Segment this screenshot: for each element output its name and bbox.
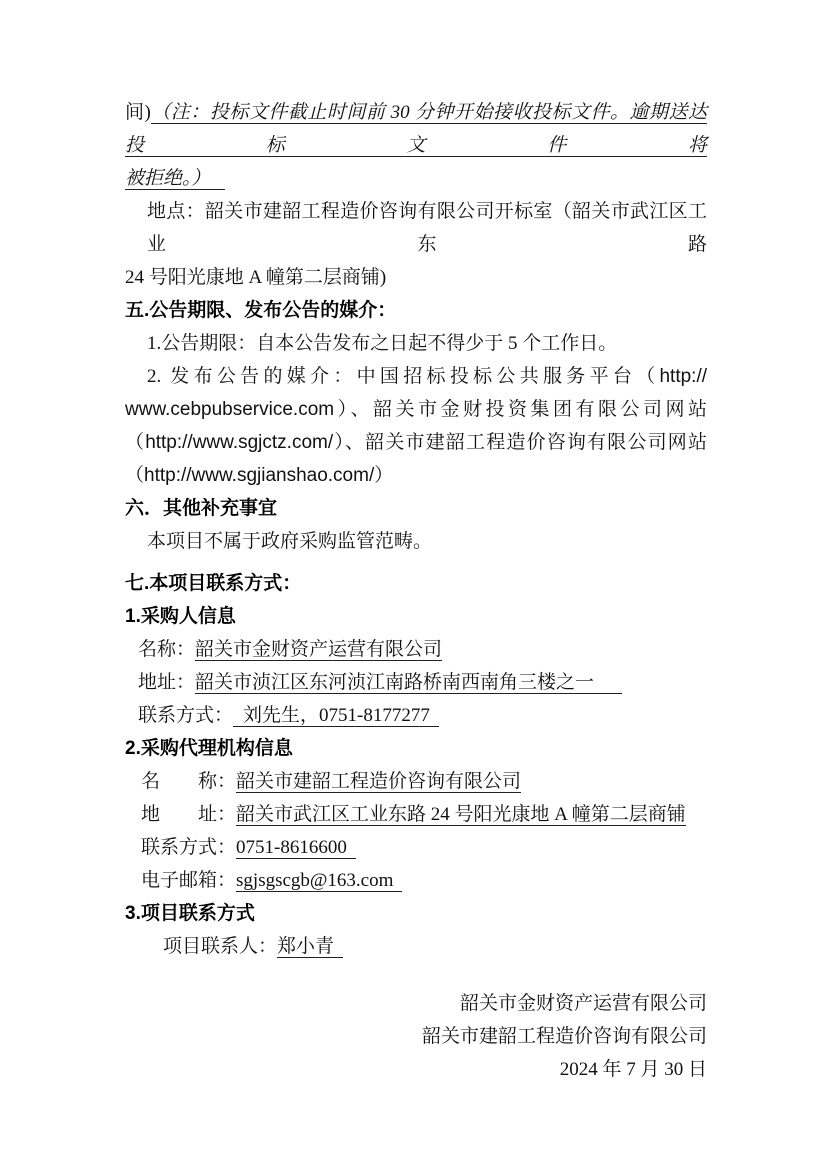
section5-item2-line2: www.cebpubservice.com）、韶关市金财投资集团有限公司网站 [125, 393, 707, 426]
agency-address-label: 地 址： [141, 804, 236, 825]
deadline-note-text-cont: 被拒绝。） [125, 168, 225, 190]
agency-contact-label: 联系方式： [141, 837, 236, 858]
agency-name-row: 名 称：韶关市建韶工程造价咨询有限公司 [125, 765, 707, 798]
location-line-1: 地点：韶关市建韶工程造价咨询有限公司开标室（韶关市武江区工业东路 [125, 195, 707, 261]
purchaser-address-label: 地址： [138, 672, 195, 693]
media-jianshao-text: ）、韶关市建韶工程造价咨询有限公司网站 [333, 432, 707, 453]
document-content: 间)（注：投标文件截止时间前 30 分钟开始接收投标文件。逾期送达投标文件将 被… [125, 96, 707, 1086]
project-contact-heading: 3.项目联系方式 [125, 897, 707, 930]
section7-heading: 七.本项目联系方式： [125, 567, 707, 600]
url-sgjianshao: http://www.sgjianshao.com/ [144, 465, 374, 486]
agency-name-value: 韶关市建韶工程造价咨询有限公司 [236, 771, 521, 793]
note-prefix: 间) [125, 102, 151, 123]
agency-email-value: sgjsgscgb@163.com [236, 870, 402, 892]
section5-item2-line1: 2. 发布公告的媒介：中国招标投标公共服务平台（http:// [125, 360, 707, 393]
media-intro-text: 2. 发布公告的媒介：中国招标投标公共服务平台（ [147, 366, 659, 387]
note-line-1: 间)（注：投标文件截止时间前 30 分钟开始接收投标文件。逾期送达投标文件将 [125, 96, 707, 162]
section6-heading: 六．其他补充事宜 [125, 492, 707, 525]
agency-address-row: 地 址：韶关市武江区工业东路 24 号阳光康地 A 幢第二层商铺 [125, 798, 707, 831]
purchaser-contact-value: 刘先生，0751-8177277 [233, 705, 439, 727]
url-sgjctz: http://www.sgjctz.com/ [145, 432, 333, 453]
agency-email-label: 电子邮箱： [141, 870, 236, 891]
agency-heading: 2.采购代理机构信息 [125, 732, 707, 765]
purchaser-address-value: 韶关市浈江区东河浈江南路桥南西南角三楼之一 [195, 672, 622, 694]
url-cebpubservice: www.cebpubservice.com [125, 399, 334, 420]
section5-item2-line4: （http://www.sgjianshao.com/） [125, 459, 707, 492]
deadline-note-text: （注：投标文件截止时间前 30 分钟开始接收投标文件。逾期送达投标文件将 [125, 102, 707, 157]
note-line-2: 被拒绝。） [125, 162, 707, 195]
purchaser-name-label: 名称： [138, 639, 195, 660]
section5-item1: 1.公告期限：自本公告发布之日起不得少于 5 个工作日。 [125, 327, 707, 360]
paren-close-2: ） [374, 465, 393, 486]
location-line-2: 24 号阳光康地 A 幢第二层商铺) [125, 261, 707, 294]
paren-open-1: （ [125, 432, 145, 453]
agency-name-label: 名 称： [141, 771, 236, 792]
purchaser-name-row: 名称：韶关市金财资产运营有限公司 [125, 633, 707, 666]
section6-body: 本项目不属于政府采购监管范畴。 [125, 525, 707, 558]
agency-address-value: 韶关市武江区工业东路 24 号阳光康地 A 幢第二层商铺 [236, 804, 686, 826]
media-jincai-text: ）、韶关市金财投资集团有限公司网站 [334, 399, 707, 420]
project-contact-label: 项目联系人： [163, 936, 277, 957]
signature-agency: 韶关市建韶工程造价咨询有限公司 [125, 1020, 707, 1053]
paren-open-2: （ [125, 465, 144, 486]
agency-contact-row: 联系方式：0751-8616600 [125, 831, 707, 864]
agency-contact-value: 0751-8616600 [236, 837, 356, 859]
purchaser-name-value: 韶关市金财资产运营有限公司 [195, 639, 442, 661]
section5-item2-line3: （http://www.sgjctz.com/）、韶关市建韶工程造价咨询有限公司… [125, 426, 707, 459]
project-contact-row: 项目联系人：郑小青 [125, 930, 707, 963]
purchaser-contact-label: 联系方式： [138, 705, 233, 726]
document-page: 间)（注：投标文件截止时间前 30 分钟开始接收投标文件。逾期送达投标文件将 被… [0, 0, 827, 1170]
signature-purchaser: 韶关市金财资产运营有限公司 [125, 987, 707, 1020]
purchaser-address-row: 地址：韶关市浈江区东河浈江南路桥南西南角三楼之一 [125, 666, 707, 699]
section5-heading: 五.公告期限、发布公告的媒介： [125, 294, 707, 327]
url-cebpubservice-prefix: http:// [659, 366, 707, 387]
purchaser-contact-row: 联系方式：刘先生，0751-8177277 [125, 699, 707, 732]
agency-email-row: 电子邮箱：sgjsgscgb@163.com [125, 864, 707, 897]
project-contact-value: 郑小青 [277, 936, 343, 958]
signature-date: 2024 年 7 月 30 日 [125, 1053, 707, 1086]
purchaser-heading: 1.采购人信息 [125, 600, 707, 633]
